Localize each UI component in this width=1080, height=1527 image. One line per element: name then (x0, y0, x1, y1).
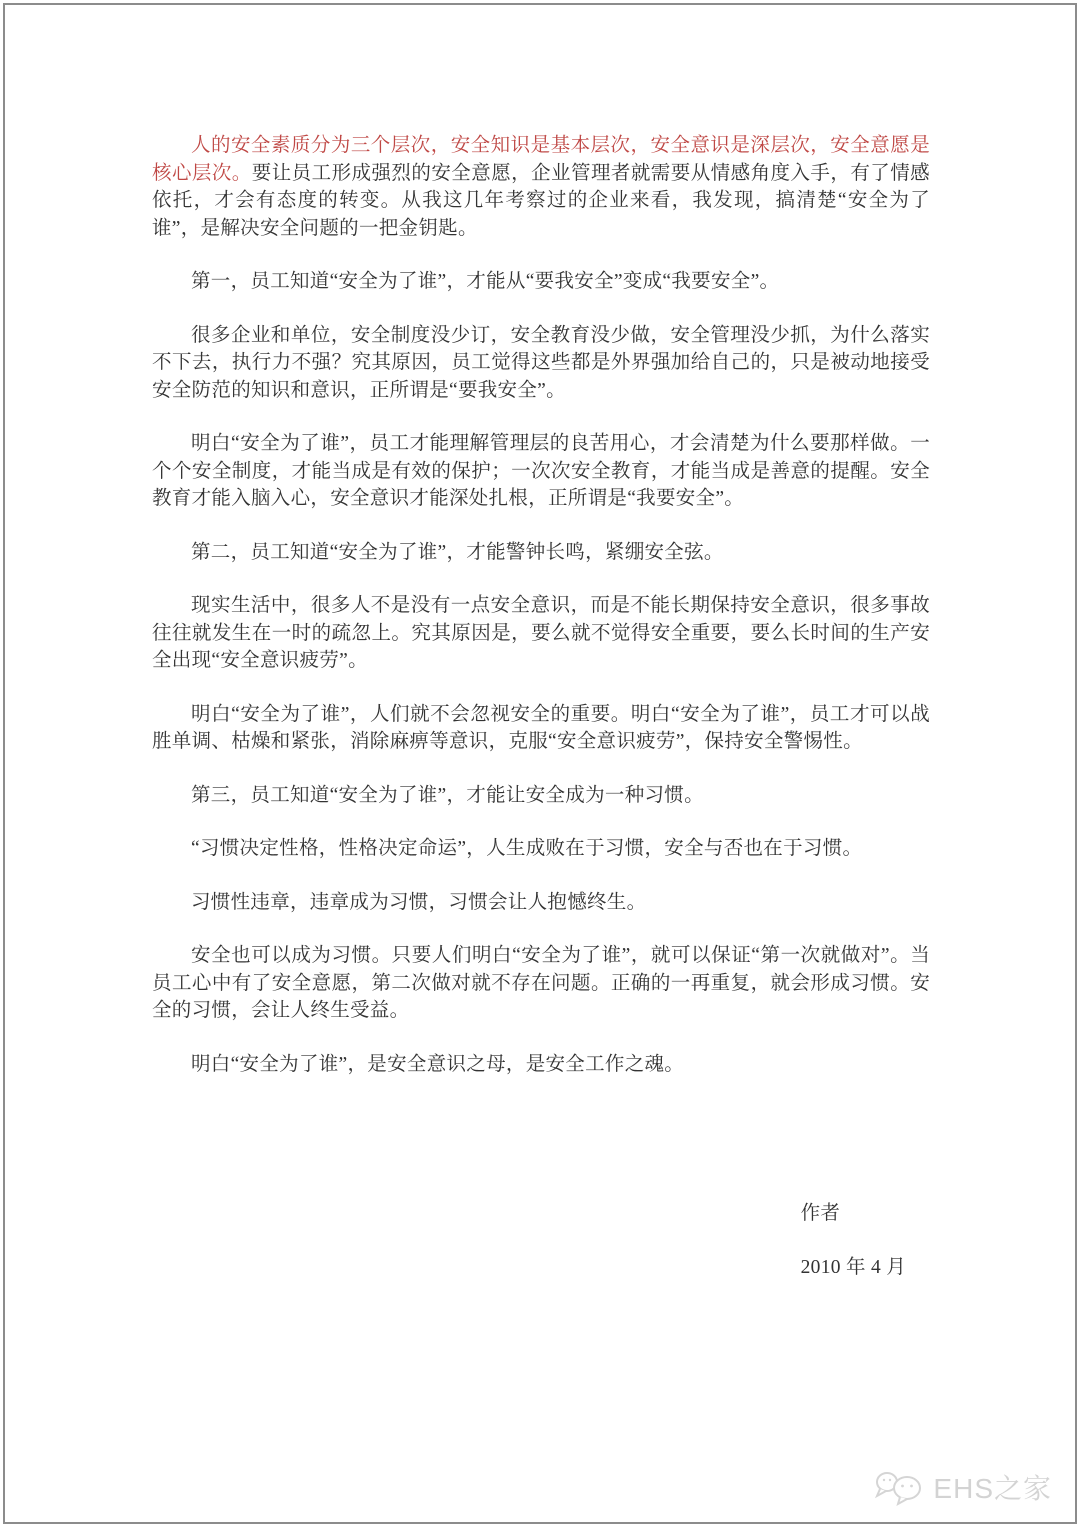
paragraph: 现实生活中，很多人不是没有一点安全意识，而是不能长期保持安全意识，很多事故往往就… (152, 592, 930, 675)
paragraph: “习惯决定性格，性格决定命运”，人生成败在于习惯，安全与否也在于习惯。 (152, 835, 930, 863)
paragraph: 明白“安全为了谁”，人们就不会忽视安全的重要。明白“安全为了谁”，员工才可以战胜… (152, 701, 930, 756)
paragraph: 习惯性违章，违章成为习惯，习惯会让人抱憾终生。 (152, 889, 930, 917)
wechat-icon (874, 1467, 924, 1507)
watermark: EHS之家 (874, 1467, 1052, 1507)
paragraph-point-3: 第三，员工知道“安全为了谁”，才能让安全成为一种习惯。 (152, 782, 930, 810)
paragraph-point-1: 第一，员工知道“安全为了谁”，才能从“要我安全”变成“我要安全”。 (152, 268, 930, 296)
date: 2010 年 4 月 (762, 1254, 906, 1282)
paragraph-point-2: 第二，员工知道“安全为了谁”，才能警钟长鸣，紧绷安全弦。 (152, 539, 930, 567)
paragraph: 安全也可以成为习惯。只要人们明白“安全为了谁”，就可以保证“第一次就做对”。当员… (152, 942, 930, 1025)
watermark-label: EHS之家 (933, 1467, 1052, 1507)
intro-text: 要让员工形成强烈的安全意愿，企业管理者就需要从情感角度入手，有了情感依托，才会有… (152, 163, 930, 239)
signature-block: 作者 2010 年 4 月 (762, 1200, 906, 1281)
paragraph: 很多企业和单位，安全制度没少订，安全教育没少做，安全管理没少抓，为什么落实不下去… (152, 322, 930, 405)
paragraph: 明白“安全为了谁”，员工才能理解管理层的良苦用心，才会清楚为什么要那样做。一个个… (152, 430, 930, 513)
article-body: 人的安全素质分为三个层次，安全知识是基本层次，安全意识是深层次，安全意愿是核心层… (152, 0, 930, 1307)
paragraph-intro: 人的安全素质分为三个层次，安全知识是基本层次，安全意识是深层次，安全意愿是核心层… (152, 132, 930, 242)
author: 作者 (762, 1200, 906, 1228)
paragraph-closing: 明白“安全为了谁”，是安全意识之母，是安全工作之魂。 (152, 1051, 930, 1079)
